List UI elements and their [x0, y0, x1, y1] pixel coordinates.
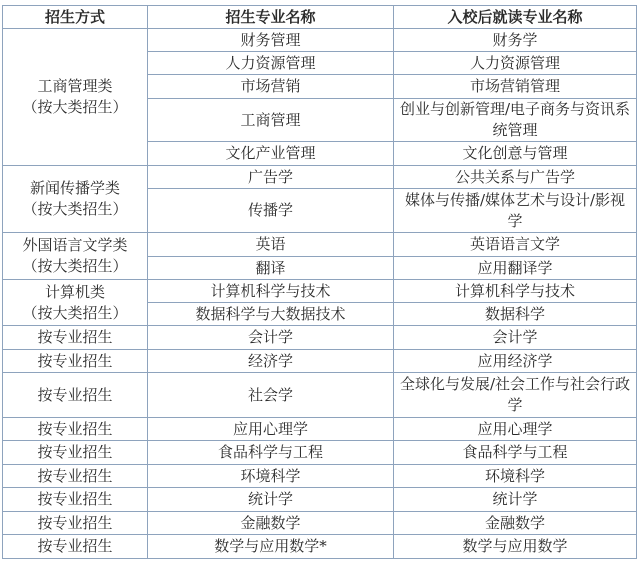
major-cell: 工商管理	[148, 99, 394, 142]
method-note: （按大类招生）	[7, 199, 143, 220]
major-cell: 广告学	[148, 166, 394, 189]
method-note: （按大类招生）	[7, 97, 143, 118]
after-major-cell: 人力资源管理	[394, 52, 637, 75]
header-row: 招生方式 招生专业名称 入校后就读专业名称	[3, 6, 637, 29]
table-row: 按专业招生 统计学 统计学	[3, 488, 637, 512]
table-row: 新闻传播学类 （按大类招生） 广告学 公共关系与广告学	[3, 166, 637, 189]
after-major-cell: 财务学	[394, 29, 637, 52]
after-major-cell: 食品科学与工程	[394, 441, 637, 465]
after-major-cell: 英语语言文学	[394, 233, 637, 257]
after-major-cell: 公共关系与广告学	[394, 166, 637, 189]
method-cell: 按专业招生	[3, 488, 148, 512]
after-major-cell: 应用翻译学	[394, 257, 637, 280]
method-note: （按大类招生）	[7, 256, 143, 277]
major-cell: 环境科学	[148, 465, 394, 488]
method-cell: 按专业招生	[3, 465, 148, 488]
table-row: 按专业招生 经济学 应用经济学	[3, 350, 637, 373]
method-cell: 按专业招生	[3, 326, 148, 350]
major-cell: 英语	[148, 233, 394, 257]
header-enrolled-major: 入校后就读专业名称	[394, 6, 637, 29]
method-line: 计算机类	[7, 282, 143, 303]
table-row: 按专业招生 会计学 会计学	[3, 326, 637, 350]
group-method-business: 工商管理类 （按大类招生）	[3, 29, 148, 166]
method-cell: 按专业招生	[3, 512, 148, 535]
after-major-cell: 文化创意与管理	[394, 142, 637, 166]
table-row: 按专业招生 应用心理学 应用心理学	[3, 418, 637, 441]
after-major-cell: 数学与应用数学	[394, 535, 637, 559]
after-major-cell: 会计学	[394, 326, 637, 350]
major-cell: 会计学	[148, 326, 394, 350]
method-note: （按大类招生）	[7, 303, 143, 324]
table-row: 按专业招生 金融数学 金融数学	[3, 512, 637, 535]
method-cell: 按专业招生	[3, 373, 148, 418]
method-cell: 按专业招生	[3, 441, 148, 465]
table-row: 按专业招生 数学与应用数学* 数学与应用数学	[3, 535, 637, 559]
major-cell: 文化产业管理	[148, 142, 394, 166]
table-row: 按专业招生 食品科学与工程 食品科学与工程	[3, 441, 637, 465]
group-method-foreign-lang: 外国语言文学类 （按大类招生）	[3, 233, 148, 280]
header-admission-method: 招生方式	[3, 6, 148, 29]
admission-majors-table: 招生方式 招生专业名称 入校后就读专业名称 工商管理类 （按大类招生） 财务管理…	[2, 5, 637, 559]
after-major-cell: 统计学	[394, 488, 637, 512]
table-row: 计算机类 （按大类招生） 计算机科学与技术 计算机科学与技术	[3, 280, 637, 303]
after-major-cell: 创业与创新管理/电子商务与资讯系统管理	[394, 99, 637, 142]
after-major-cell: 媒体与传播/媒体艺术与设计/影视学	[394, 189, 637, 233]
table-row: 工商管理类 （按大类招生） 财务管理 财务学	[3, 29, 637, 52]
after-major-cell: 全球化与发展/社会工作与社会行政学	[394, 373, 637, 418]
table-row: 外国语言文学类 （按大类招生） 英语 英语语言文学	[3, 233, 637, 257]
major-cell: 数学与应用数学*	[148, 535, 394, 559]
after-major-cell: 计算机科学与技术	[394, 280, 637, 303]
major-cell: 应用心理学	[148, 418, 394, 441]
method-line: 外国语言文学类	[7, 235, 143, 256]
after-major-cell: 应用经济学	[394, 350, 637, 373]
method-cell: 按专业招生	[3, 418, 148, 441]
after-major-cell: 数据科学	[394, 303, 637, 326]
method-cell: 按专业招生	[3, 350, 148, 373]
major-cell: 数据科学与大数据技术	[148, 303, 394, 326]
major-cell: 人力资源管理	[148, 52, 394, 75]
after-major-cell: 应用心理学	[394, 418, 637, 441]
major-cell: 食品科学与工程	[148, 441, 394, 465]
major-cell: 财务管理	[148, 29, 394, 52]
group-method-journalism: 新闻传播学类 （按大类招生）	[3, 166, 148, 233]
major-cell: 经济学	[148, 350, 394, 373]
major-cell: 传播学	[148, 189, 394, 233]
after-major-cell: 市场营销管理	[394, 75, 637, 99]
major-cell: 计算机科学与技术	[148, 280, 394, 303]
major-cell: 翻译	[148, 257, 394, 280]
method-cell: 按专业招生	[3, 535, 148, 559]
table-row: 按专业招生 社会学 全球化与发展/社会工作与社会行政学	[3, 373, 637, 418]
header-admission-major: 招生专业名称	[148, 6, 394, 29]
major-cell: 市场营销	[148, 75, 394, 99]
major-cell: 社会学	[148, 373, 394, 418]
group-method-computer: 计算机类 （按大类招生）	[3, 280, 148, 326]
method-line: 工商管理类	[7, 76, 143, 97]
method-line: 新闻传播学类	[7, 178, 143, 199]
table-row: 按专业招生 环境科学 环境科学	[3, 465, 637, 488]
after-major-cell: 金融数学	[394, 512, 637, 535]
major-cell: 统计学	[148, 488, 394, 512]
after-major-cell: 环境科学	[394, 465, 637, 488]
major-cell: 金融数学	[148, 512, 394, 535]
